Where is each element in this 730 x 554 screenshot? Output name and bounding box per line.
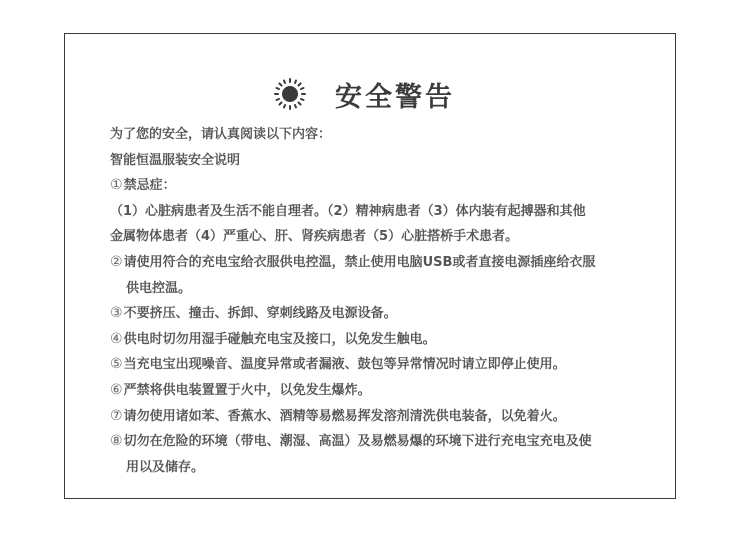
item-number: ④ bbox=[110, 331, 123, 347]
list-item-continuation: 金属物体患者（4）严重心、肝、肾疾病患者（5）心脏搭桥手术患者。 bbox=[110, 224, 655, 250]
item-number: ⑧ bbox=[110, 433, 123, 449]
list-item: ⑥严禁将供电装置置于火中，以免发生爆炸。 bbox=[110, 378, 655, 404]
list-item: （1）心脏病患者及生活不能自理者。（2）精神病患者（3）体内装有起搏器和其他 bbox=[110, 199, 655, 225]
warning-content: 为了您的安全，请认真阅读以下内容： 智能恒温服装安全说明 ①禁忌症： （1）心脏… bbox=[110, 122, 655, 480]
list-item: ⑤当充电宝出现噪音、温度异常或者漏液、鼓包等异常情况时请立即停止使用。 bbox=[110, 352, 655, 378]
item-number: ⑦ bbox=[110, 408, 123, 424]
intro-subtitle: 智能恒温服装安全说明 bbox=[110, 148, 655, 174]
intro-line: 为了您的安全，请认真阅读以下内容： bbox=[110, 122, 655, 148]
list-item: ⑧切勿在危险的环境（带电、潮湿、高温）及易燃易爆的环境下进行充电宝充电及使 bbox=[110, 429, 655, 455]
list-item-continuation: 供电控温。 bbox=[110, 276, 655, 302]
item-number: ⑤ bbox=[110, 356, 123, 372]
item-number: ③ bbox=[110, 305, 123, 321]
list-item: ②请使用符合的充电宝给衣服供电控温，禁止使用电脑USB或者直接电源插座给衣服 bbox=[110, 250, 655, 276]
item-number: ② bbox=[110, 254, 123, 270]
list-item: ⑦请勿使用诸如苯、香蕉水、酒精等易燃易挥发溶剂清洗供电装备，以免着火。 bbox=[110, 404, 655, 430]
page-title: 安全警告 bbox=[335, 75, 455, 114]
warning-frame: 安全警告 为了您的安全，请认真阅读以下内容： 智能恒温服装安全说明 ①禁忌症： … bbox=[64, 33, 676, 499]
item-number: ⑥ bbox=[110, 382, 123, 398]
sun-icon bbox=[273, 77, 307, 111]
list-item: ④供电时切勿用湿手碰触充电宝及接口，以免发生触电。 bbox=[110, 327, 655, 353]
item-number: ① bbox=[110, 177, 123, 193]
list-item: ③不要挤压、撞击、拆卸、穿刺线路及电源设备。 bbox=[110, 301, 655, 327]
list-item: ①禁忌症： bbox=[110, 173, 655, 199]
title-row: 安全警告 bbox=[65, 74, 675, 114]
list-item-continuation: 用以及储存。 bbox=[110, 455, 655, 481]
